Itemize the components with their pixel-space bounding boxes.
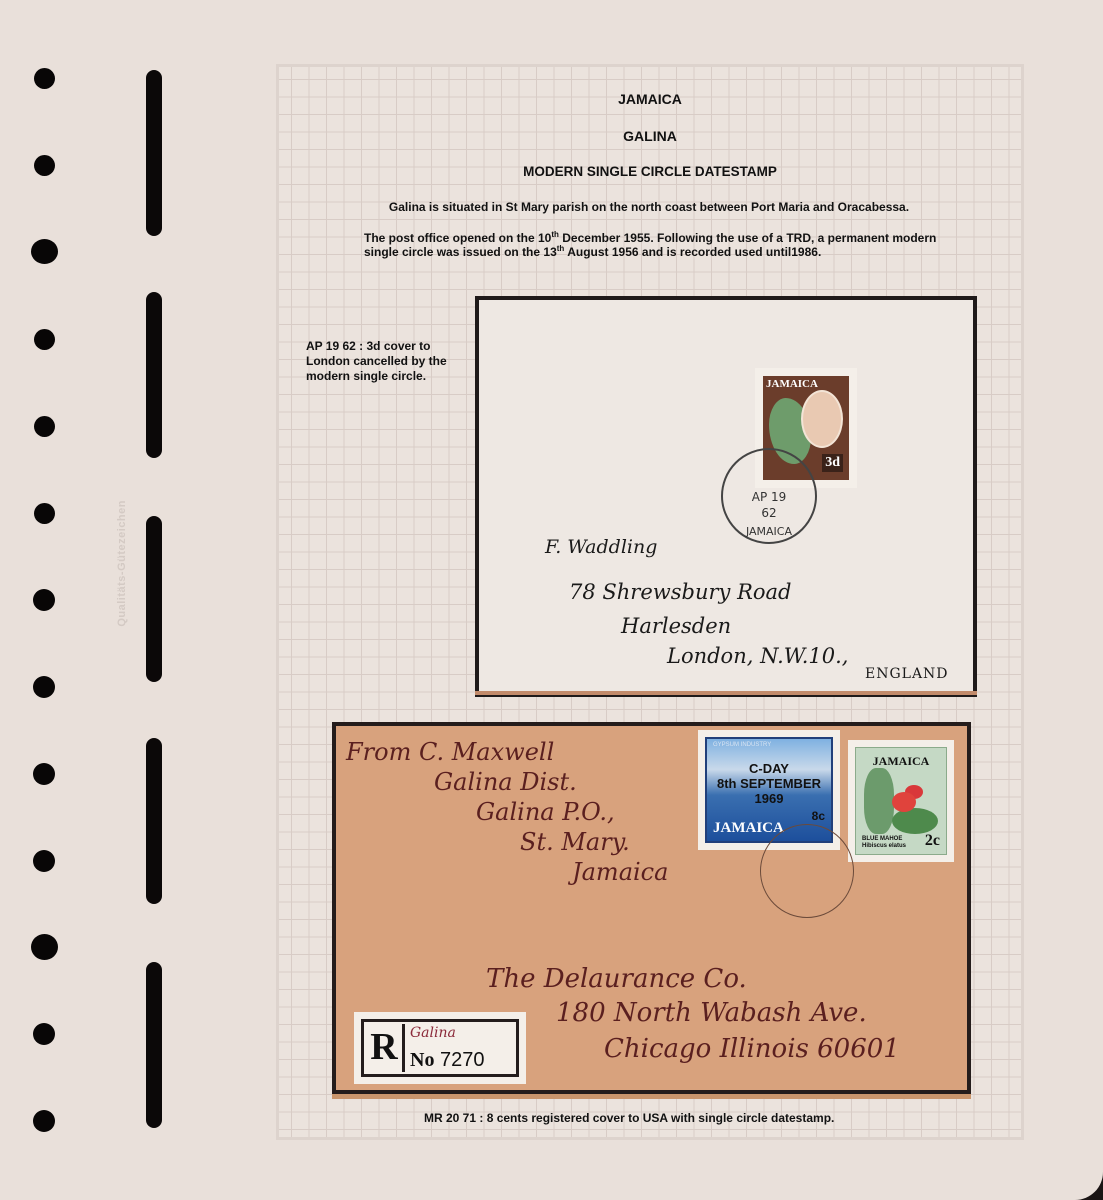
registration-label: R Galina No 7270 [354, 1012, 526, 1084]
punch-hole [34, 329, 55, 350]
punch-hole [34, 155, 55, 176]
overprint-line: 1969 [707, 791, 831, 806]
registration-number-value: 7270 [440, 1049, 485, 1071]
queen-portrait-icon [801, 390, 843, 448]
stamp-flower-image: JAMAICA BLUE MAHOEHibiscus elatus 2c [855, 747, 947, 855]
intro-sup: th [551, 230, 559, 239]
stamp-country: JAMAICA [856, 754, 946, 769]
registration-frame: R Galina No 7270 [361, 1019, 519, 1077]
page-subtitle: GALINA [279, 128, 1021, 144]
overprint-line: C-DAY [707, 761, 831, 776]
postmark [760, 824, 854, 918]
address-line: F. Waddling [545, 536, 657, 558]
registration-office: Galina [410, 1025, 456, 1041]
stamp-blue-mahoe-2c: JAMAICA BLUE MAHOEHibiscus elatus 2c [848, 740, 954, 862]
recipient-line: 180 North Wabash Ave. [556, 998, 867, 1028]
intro-location: Galina is situated in St Mary parish on … [359, 200, 939, 214]
binder-slot [146, 292, 162, 458]
punch-hole [33, 676, 55, 698]
punch-hole [34, 68, 55, 89]
tree-icon [864, 768, 894, 834]
binder-slot [146, 70, 162, 236]
postmark-country: JAMAICA [723, 525, 815, 538]
address-line: London, N.W.10., [667, 644, 848, 668]
stamp-value: 3d [822, 454, 843, 472]
cover-1: JAMAICA 3d AP 19 62 JAMAICA F. Waddling … [475, 296, 977, 697]
punch-hole [33, 1110, 55, 1132]
page-title: JAMAICA [279, 91, 1021, 107]
sender-line: From C. Maxwell [346, 738, 554, 766]
page-watermark: Qualitäts-Gütezeichen [116, 500, 128, 627]
album-page: JAMAICA GALINA MODERN SINGLE CIRCLE DATE… [276, 64, 1024, 1140]
recipient-line: Chicago Illinois 60601 [604, 1034, 900, 1064]
stamp-country: JAMAICA [713, 820, 784, 837]
postmark: AP 19 62 JAMAICA [721, 448, 817, 544]
postmark-date: AP 19 [723, 490, 815, 504]
stamp-caption: BLUE MAHOEHibiscus elatus [862, 836, 906, 850]
registration-no-label: No [410, 1049, 434, 1071]
leaves-icon [892, 808, 938, 834]
punch-hole [31, 934, 58, 960]
sender-line: Jamaica [572, 858, 668, 886]
stamp-caption-line: Hibiscus elatus [862, 843, 906, 850]
address-line: Harlesden [621, 614, 731, 638]
hibiscus-flower-icon [892, 792, 916, 812]
recipient-line: The Delaurance Co. [486, 964, 747, 994]
section-heading: MODERN SINGLE CIRCLE DATESTAMP [279, 164, 1021, 179]
punch-hole [34, 416, 55, 437]
punch-hole [33, 1023, 55, 1045]
stamp-caption-line: BLUE MAHOE [862, 836, 906, 843]
address-line: 78 Shrewsbury Road [569, 580, 792, 604]
registration-number: No 7270 [410, 1049, 485, 1072]
punch-hole [33, 589, 55, 611]
binder-slot [146, 516, 162, 682]
punch-hole [33, 763, 55, 785]
punch-hole [34, 503, 55, 524]
postmark-year: 62 [723, 506, 815, 520]
address-line: ENGLAND [865, 666, 949, 682]
overprint-value: 8c [812, 809, 825, 824]
cover-2: From C. Maxwell Galina Dist. Galina P.O.… [332, 722, 971, 1094]
binder-slot [146, 738, 162, 904]
sender-line: Galina Dist. [434, 768, 577, 796]
punch-hole [31, 239, 58, 264]
cover-2-caption: MR 20 71 : 8 cents registered cover to U… [424, 1111, 944, 1126]
binder-slot [146, 962, 162, 1128]
stamp-value: 2c [925, 832, 940, 850]
stamp-country: JAMAICA [766, 378, 818, 390]
intro-text: The post office opened on the 10 [364, 231, 551, 245]
punch-hole [33, 850, 55, 872]
stamp-top-text: GYPSUM INDUSTRY [713, 742, 771, 748]
cover-2-edge [332, 1094, 971, 1099]
intro-history: The post office opened on the 10th Decem… [364, 231, 964, 259]
overprint-line: 8th SEPTEMBER [707, 776, 831, 791]
sender-line: St. Mary. [520, 828, 630, 856]
cover-1-edge [475, 691, 977, 695]
intro-text: August 1956 and is recorded used until19… [564, 245, 821, 259]
cover-1-caption: AP 19 62 : 3d cover to London cancelled … [306, 339, 476, 384]
sender-line: Galina P.O., [476, 798, 615, 826]
registration-letter: R [366, 1024, 405, 1072]
